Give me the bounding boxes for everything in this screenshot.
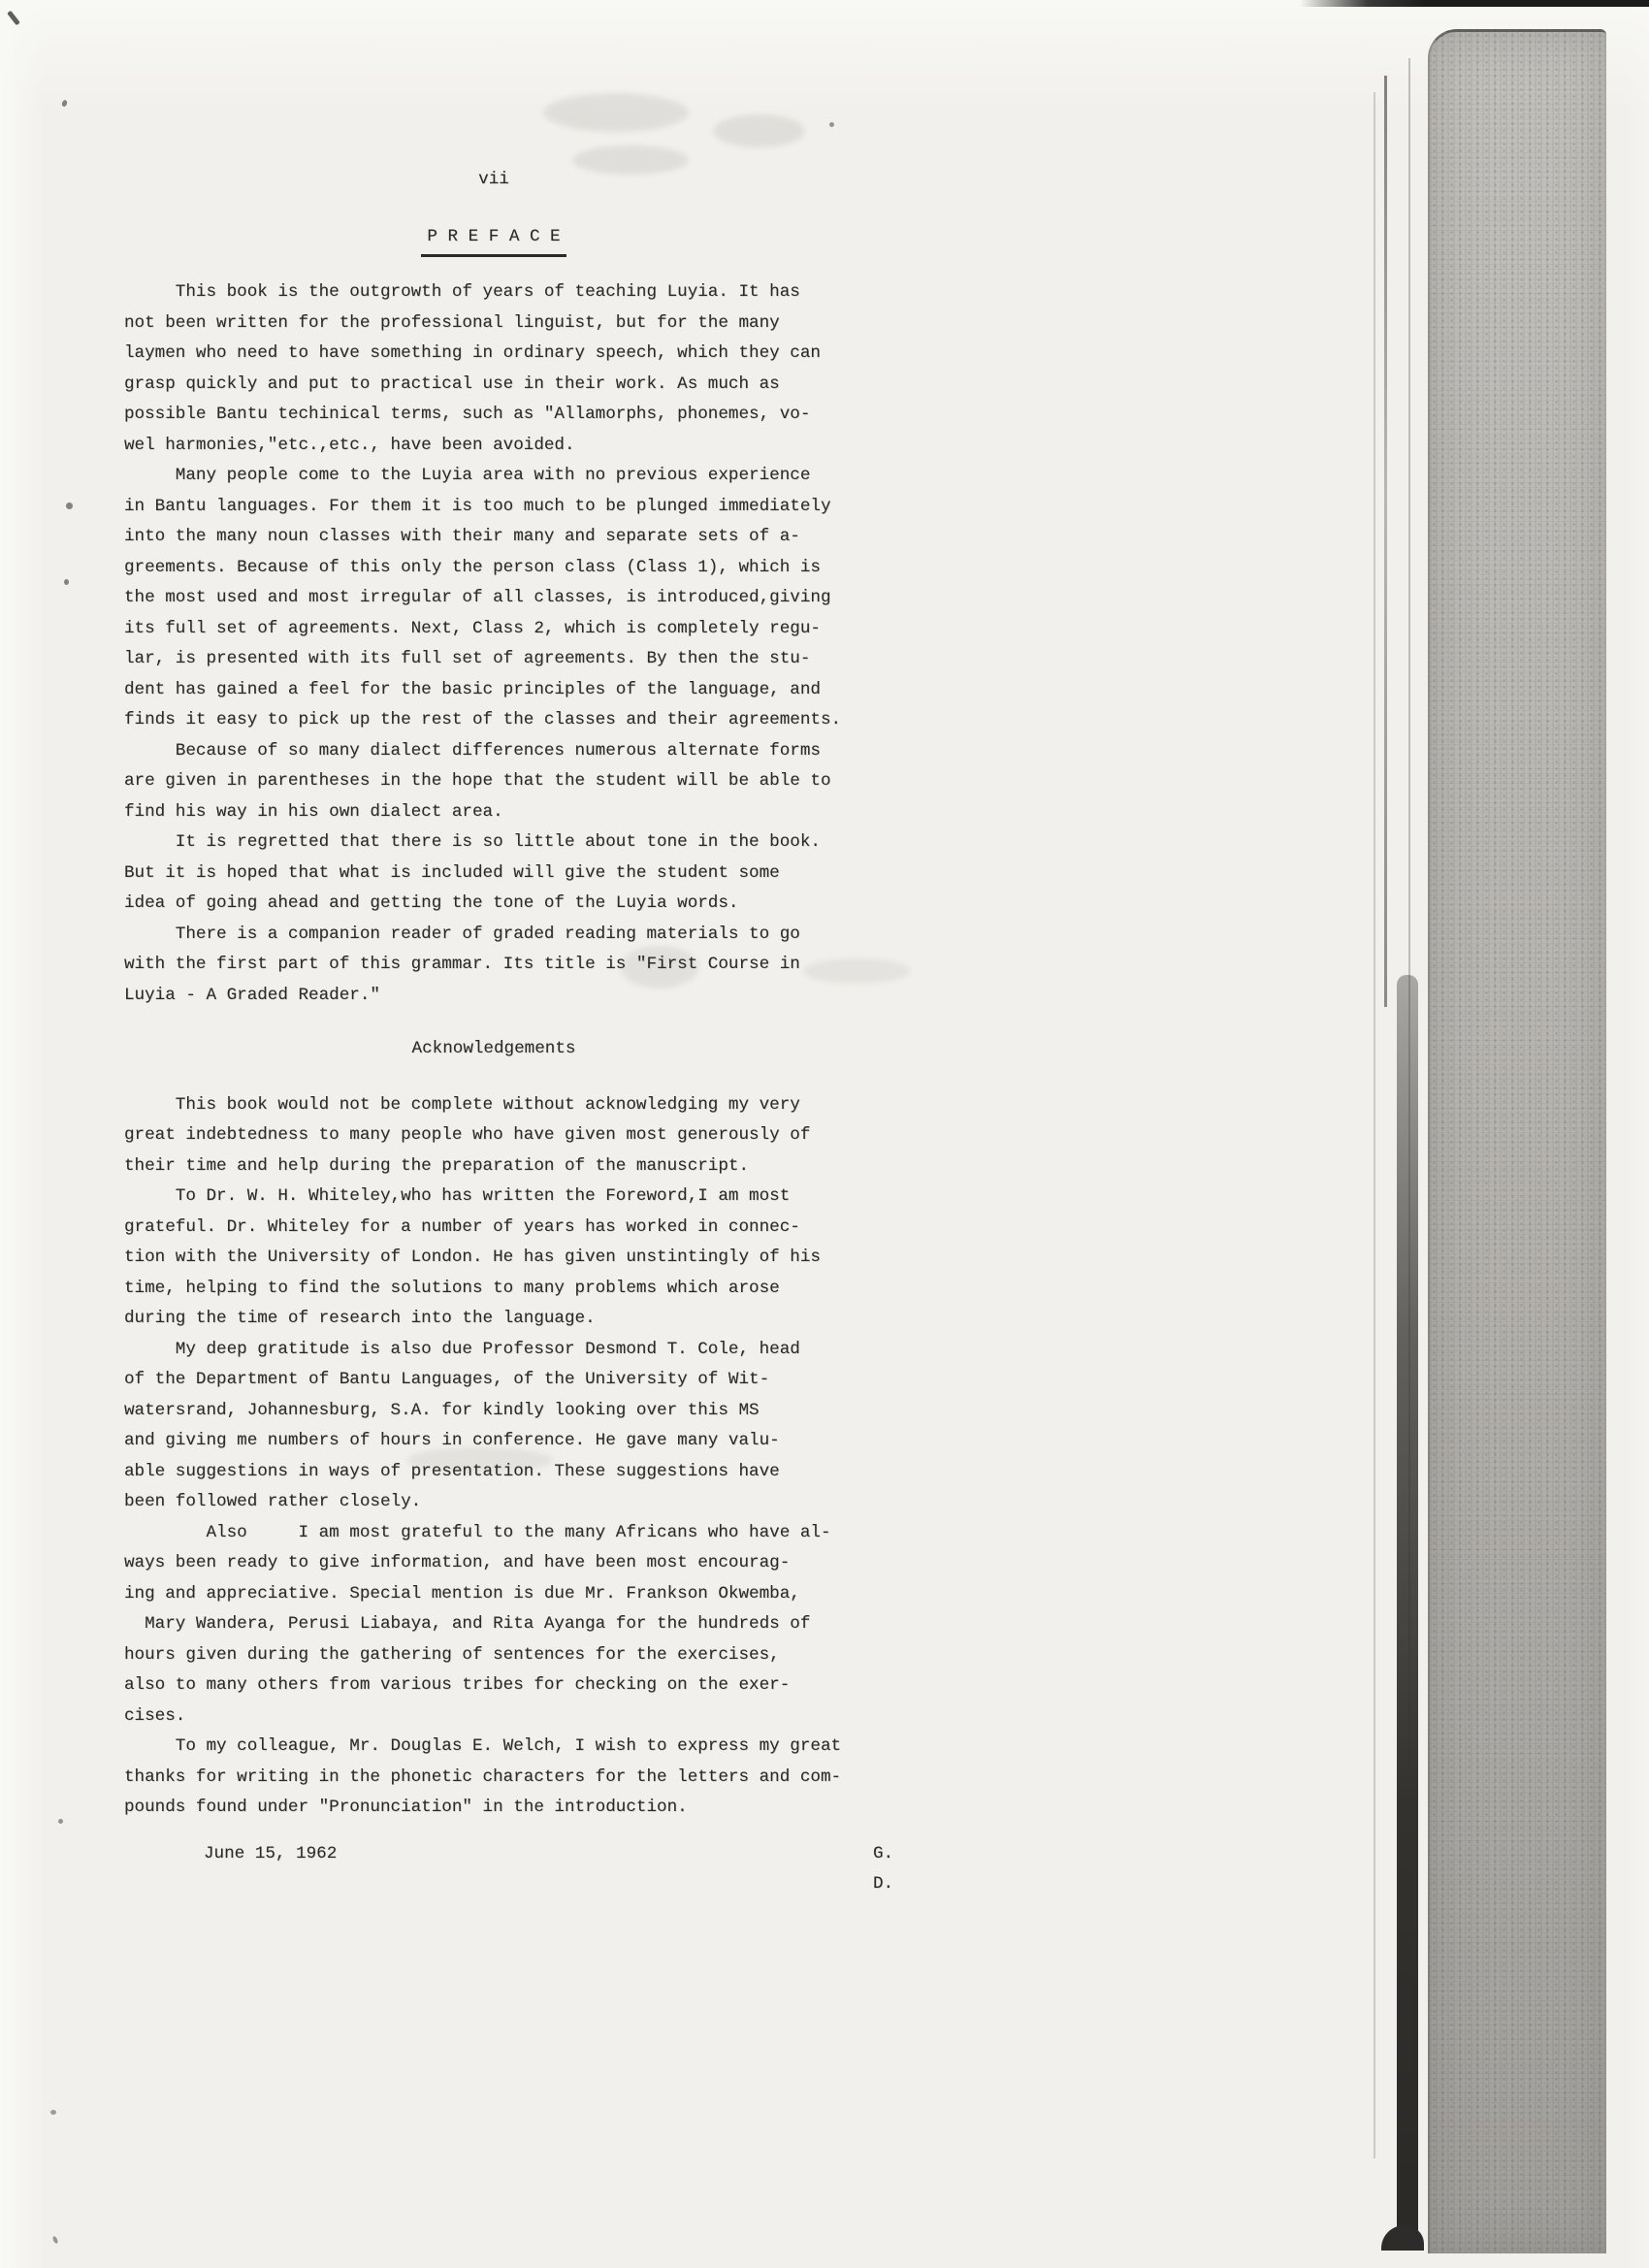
- speck: [66, 502, 73, 509]
- acknowledgements-paragraph-1: This book would not be complete without …: [124, 1090, 863, 1183]
- speck: [58, 1819, 63, 1824]
- page-number: vii: [124, 165, 863, 196]
- acknowledgements-paragraph-3: My deep gratitude is also due Professor …: [124, 1335, 863, 1518]
- speck: [829, 122, 834, 127]
- date: June 15, 1962: [204, 1844, 337, 1863]
- page-edge-line: [1384, 76, 1387, 1007]
- preface-paragraph-2: Many people come to the Luyia area with …: [124, 461, 863, 736]
- book-binding-shadow: [1397, 975, 1418, 2251]
- page-edge-line: [1374, 92, 1375, 2158]
- smudge: [713, 114, 805, 147]
- author-initials: G. D.: [873, 1839, 893, 1900]
- footer-row: June 15, 1962 G. D.: [124, 1839, 863, 1870]
- preface-paragraph-3: Because of so many dialect differences n…: [124, 736, 863, 828]
- smudge: [543, 93, 689, 132]
- preface-paragraph-1: This book is the outgrowth of years of t…: [124, 277, 863, 461]
- speck: [50, 2110, 56, 2115]
- speck: [7, 11, 20, 26]
- preface-title-row: P R E F A C E: [124, 222, 863, 258]
- acknowledgements-title-row: Acknowledgements: [124, 1034, 863, 1065]
- acknowledgements-paragraph-5: To my colleague, Mr. Douglas E. Welch, I…: [124, 1732, 863, 1824]
- preface-paragraph-5: There is a companion reader of graded re…: [124, 920, 863, 1012]
- book-spine-shadow: [1428, 29, 1606, 2253]
- speck: [64, 579, 69, 585]
- acknowledgements-paragraph-4: Also I am most grateful to the many Afri…: [124, 1518, 863, 1733]
- scanned-document-page: vii P R E F A C E This book is the outgr…: [0, 0, 1649, 2268]
- scan-top-edge-shadow: [1300, 0, 1649, 7]
- speck: [61, 99, 68, 107]
- preface-paragraph-4: It is regretted that there is so little …: [124, 827, 863, 920]
- acknowledgements-paragraph-2: To Dr. W. H. Whiteley,who has written th…: [124, 1182, 863, 1335]
- acknowledgements-title: Acknowledgements: [412, 1039, 576, 1058]
- speck: [51, 2236, 58, 2245]
- text-column: vii P R E F A C E This book is the outgr…: [124, 165, 863, 1870]
- preface-title: P R E F A C E: [421, 222, 566, 258]
